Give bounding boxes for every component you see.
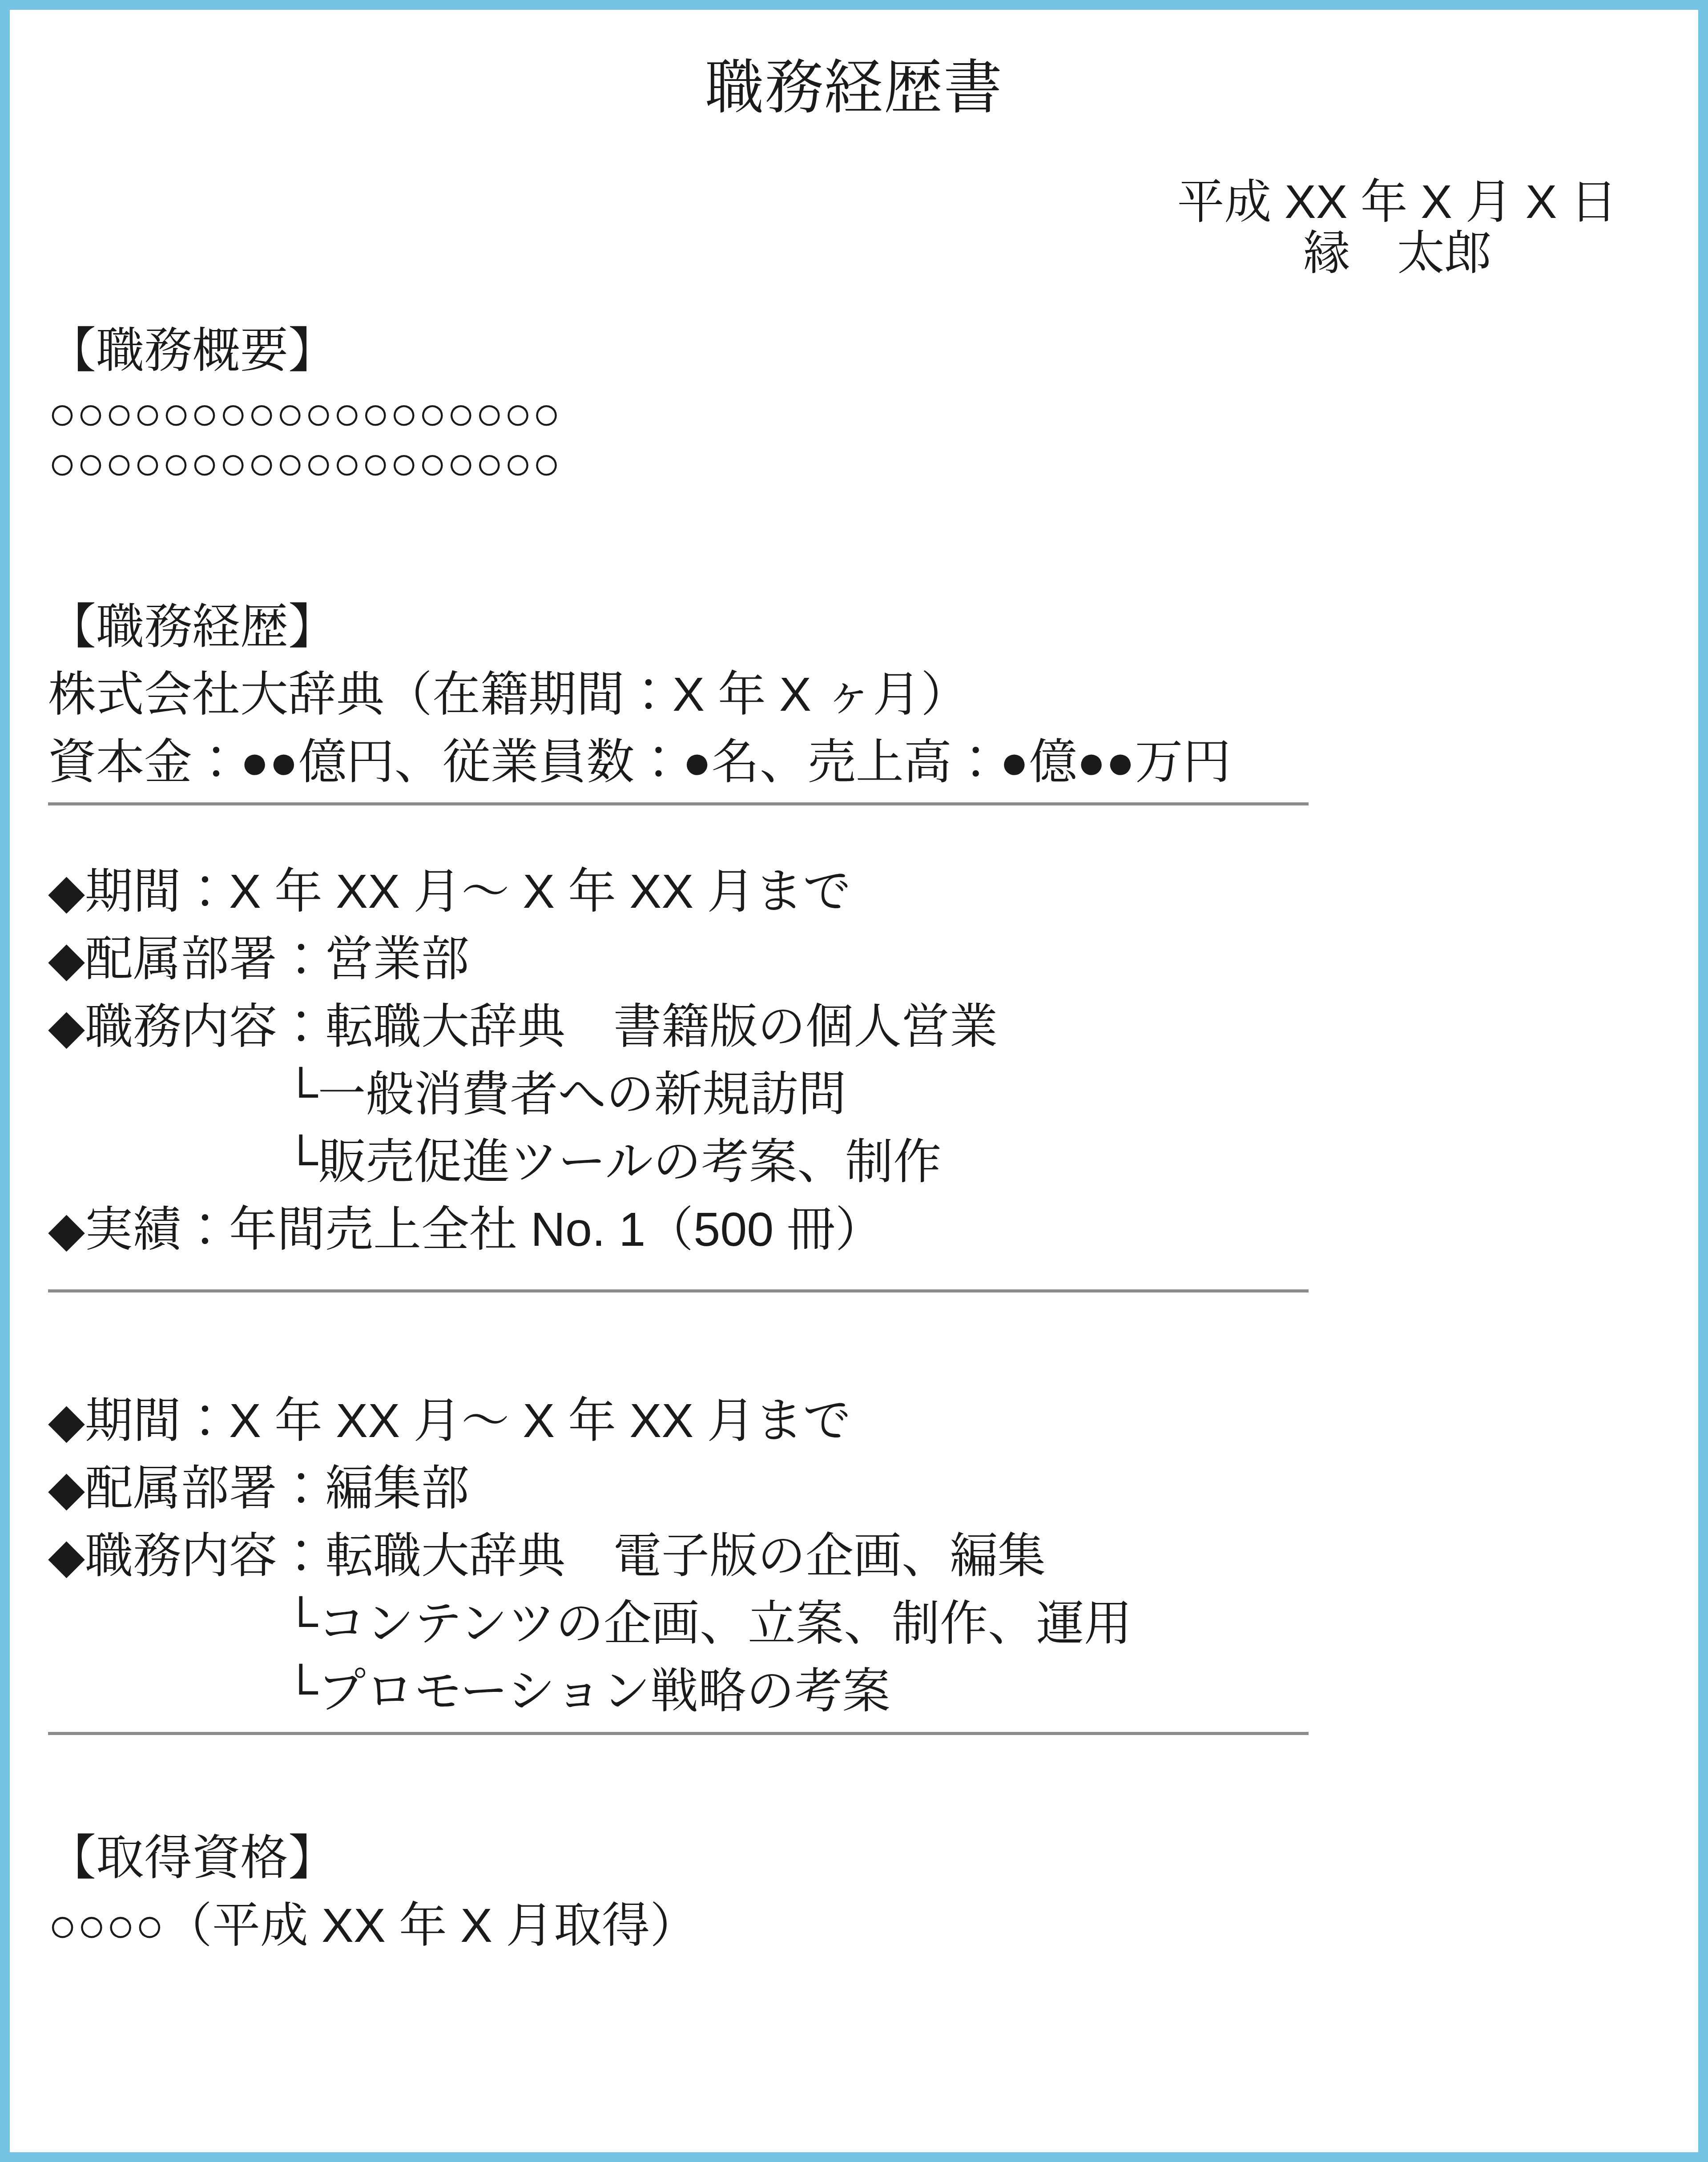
author-name: 縁 太郎: [1177, 228, 1617, 279]
job2-duty: ◆職務内容：転職大辞典 電子版の企画、編集: [48, 1522, 1660, 1590]
summary-placeholder-line: ○○○○○○○○○○○○○○○○○○: [48, 389, 1660, 439]
document-title: 職務経歴書: [48, 52, 1660, 123]
qualifications-section-heading: 【取得資格】: [48, 1824, 1660, 1892]
job1-department: ◆配属部署：営業部: [48, 925, 1660, 993]
job2-period: ◆期間：X 年 XX 月～ X 年 XX 月まで: [48, 1387, 1660, 1454]
job1-period: ◆期間：X 年 XX 月～ X 年 XX 月まで: [48, 858, 1660, 925]
company-stats-line: 資本金：●●億円、従業員数：●名、売上高：●億●●万円: [48, 728, 1660, 796]
job2-duty-detail: └プロモーション戦略の考案: [48, 1657, 1660, 1725]
job1-duty: ◆職務内容：転職大辞典 書籍版の個人営業: [48, 993, 1660, 1060]
job1-achievement: ◆実績：年間売上全社 No. 1（500 冊）: [48, 1196, 1660, 1263]
resume-document: 職務経歴書 平成 XX 年 X 月 X 日 縁 太郎 【職務概要】 ○○○○○○…: [0, 0, 1708, 2162]
summary-section-heading: 【職務概要】: [48, 317, 1660, 384]
byline-block: 平成 XX 年 X 月 X 日 縁 太郎: [1177, 177, 1617, 279]
document-date: 平成 XX 年 X 月 X 日: [1177, 177, 1617, 228]
summary-placeholder-line: ○○○○○○○○○○○○○○○○○○: [48, 439, 1660, 488]
section-divider: [48, 1289, 1309, 1292]
career-section-heading: 【職務経歴】: [48, 593, 1660, 660]
job2-department: ◆配属部署：編集部: [48, 1454, 1660, 1522]
section-divider: [48, 802, 1309, 805]
company-line: 株式会社大辞典（在籍期間：X 年 X ヶ月）: [48, 660, 1660, 728]
section-divider: [48, 1732, 1309, 1735]
job2-duty-detail: └コンテンツの企画、立案、制作、運用: [48, 1590, 1660, 1657]
job1-duty-detail: └一般消費者への新規訪問: [48, 1060, 1660, 1128]
qualification-item: ○○○○（平成 XX 年 X 月取得）: [48, 1892, 1660, 1959]
job1-duty-detail: └販売促進ツールの考案、制作: [48, 1128, 1660, 1196]
